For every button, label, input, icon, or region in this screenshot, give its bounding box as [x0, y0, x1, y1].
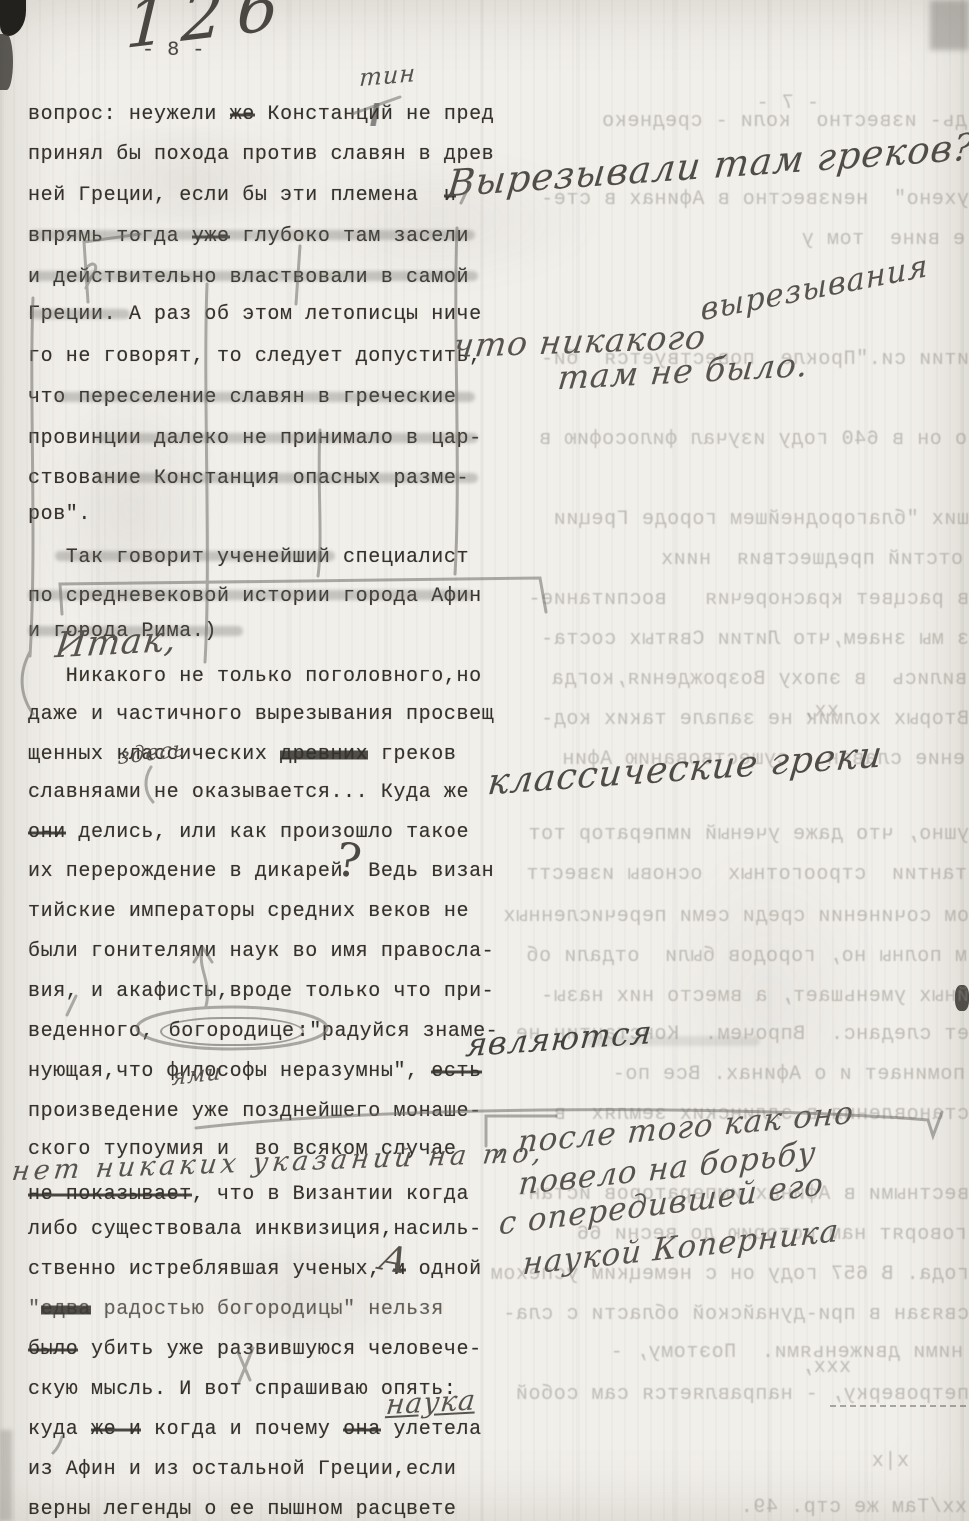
- bleedthrough-line: о он в 640 году изучал философию в: [539, 428, 967, 451]
- typed-text: принял бы похода против славян в древ: [28, 143, 494, 166]
- typed-text: ": [28, 1298, 41, 1321]
- circled-word: богородице: [160, 1017, 304, 1046]
- typed-line: принял бы похода против славян в древ: [28, 140, 494, 170]
- typed-text: ров".: [28, 503, 91, 526]
- bleedthrough-line: ххх,: [801, 1356, 851, 1379]
- scan-edge-mark: [955, 985, 969, 1011]
- typed-line: вия, и акафисты,вроде только что при-: [28, 977, 494, 1007]
- typed-text: тийские императоры средних веков не: [28, 900, 469, 923]
- bleedthrough-line: в расцвет красноречия воспитание-: [528, 588, 969, 611]
- bleedthrough-line: связан в при-дунайской области с сла-: [503, 1303, 969, 1326]
- bleedthrough-line: ними движеньями. Поэтому, -: [610, 1341, 963, 1364]
- typed-line: го не говорят, то следует допустить,: [28, 342, 482, 372]
- bleedthrough-line: хх/Там же стр. 49.: [740, 1496, 967, 1519]
- bleedthrough-line: хх,: [801, 700, 839, 723]
- scanned-typescript-page: - 7 - дь- известно коли - среднеко ухено…: [0, 0, 969, 1521]
- typed-line: произведение уже позднейшего монаше-: [28, 1097, 482, 1127]
- typed-text: не оказывается... Куда же: [154, 781, 469, 804]
- typed-line: "едва радостью богородицы" нельзя: [28, 1295, 444, 1325]
- pencil-strike: [55, 551, 335, 561]
- hand-correction-nauka: наука: [385, 1383, 478, 1421]
- bleedthrough-line: отстий предшествия ниих: [661, 548, 963, 571]
- hand-note-vyrezyvaniya: вырезывания: [700, 248, 929, 329]
- typed-text: были гонителями наук во имя правосла-: [28, 940, 494, 963]
- scan-edge-smudge: [930, 0, 969, 50]
- typed-text: делись, или как произошло такое: [66, 821, 469, 844]
- typed-line: щенных классических древних греков: [28, 740, 456, 770]
- typed-line: либо существовала инквизиция,насиль-: [28, 1215, 482, 1245]
- typed-line: из Афин и из остальной Греции,если: [28, 1455, 456, 1485]
- pencil-strike: [55, 392, 475, 402]
- typed-line: тийские императоры средних веков не: [28, 897, 469, 927]
- struck-word: было: [28, 1338, 78, 1361]
- typed-line: нующая,что философы неразумны", есть: [28, 1057, 482, 1087]
- pencil-strike: [30, 309, 130, 319]
- hand-note-grekov: Вырезывали там греков?: [445, 125, 969, 205]
- typed-line: ственно истреблявшая ученых, и одной: [28, 1255, 482, 1285]
- typed-text: верны легенды о ее пышном расцвете: [28, 1498, 456, 1521]
- typed-text: вия, и акафисты,вроде только что при-: [28, 980, 494, 1003]
- pencil-strike: [28, 590, 473, 600]
- typed-line: их перерождение в дикарей Ведь визан: [28, 857, 494, 887]
- bleedthrough-line: вились в эпоху Возрождения,когда: [551, 668, 967, 691]
- pencil-strike: [30, 271, 478, 281]
- typed-line: вопрос: неужели же Констанций не пред: [28, 100, 494, 130]
- bleedthrough-line: ших "благороднейшем городе Греции: [553, 508, 969, 531]
- struck-word: древних: [280, 743, 368, 766]
- typed-text: го не говорят, то следует допустить,: [28, 345, 482, 368]
- typed-text: ней Греции, если бы эти племена: [28, 184, 444, 207]
- bleedthrough-line: петроверку, - направляется сам собой: [515, 1383, 969, 1406]
- pencil-strike: [95, 433, 478, 443]
- bleedthrough-line: Вторых холмик не запале таких код-: [541, 708, 969, 731]
- typed-text: одной: [406, 1258, 482, 1281]
- typed-text: Никакого не только поголовного,но: [28, 665, 482, 688]
- typed-text: славняами: [28, 781, 154, 804]
- struck-word: она: [343, 1418, 381, 1441]
- typed-text: даже и частичного вырезывания просвещ: [28, 703, 494, 726]
- typed-text: из Афин и из остальной Греции,если: [28, 1458, 456, 1481]
- typed-text: радостью богородицы" нельзя: [91, 1298, 444, 1321]
- typed-line: веденного, богородице:"радуйся знаме-: [28, 1017, 498, 1047]
- pencil-strike: [30, 230, 475, 240]
- typed-line: было убить уже развившуюся человече-: [28, 1335, 482, 1365]
- typed-text: когда и почему: [141, 1418, 343, 1441]
- typed-text: Ведь визан: [343, 860, 494, 883]
- bleedthrough-line: з мы знаем,что Литии Святых соста-: [541, 628, 969, 651]
- typed-line: верны легенды о ее пышном расцвете: [28, 1495, 456, 1521]
- struck-word: они: [28, 821, 66, 844]
- typed-text: улетела: [381, 1418, 482, 1441]
- hand-note-itak: Итак,: [53, 620, 179, 667]
- scan-edge-shade: [0, 1430, 12, 1521]
- struck-word: не показывает: [28, 1183, 192, 1206]
- struck-word: же и: [91, 1418, 141, 1441]
- hand-correction-tin: тин: [359, 59, 417, 92]
- pencil-struck-word: ций: [356, 103, 394, 126]
- typed-line: Никакого не только поголовного,но: [28, 662, 482, 692]
- typed-line: славняами не оказывается... Куда же: [28, 778, 469, 808]
- typed-line: ров".: [28, 500, 91, 530]
- bleedthrough-line: х|х: [871, 1450, 909, 1473]
- scan-edge-mark: [0, 34, 13, 90]
- typed-text: куда: [28, 1418, 91, 1441]
- struck-word: же: [230, 103, 255, 126]
- typed-text: произведение уже позднейшего монаше-: [28, 1100, 482, 1123]
- typed-text: убить уже развившуюся человече-: [78, 1338, 481, 1361]
- hand-page-number: 126: [124, 0, 295, 64]
- typed-text: , что в Византии когда: [192, 1183, 469, 1206]
- bleedthrough-dashed-line: [830, 1405, 966, 1407]
- typed-text: нующая,что философы неразумны",: [28, 1060, 431, 1083]
- typed-text: веденного,: [28, 1020, 167, 1043]
- typed-text: их перерождение в дикарей: [28, 860, 343, 883]
- typed-line: даже и частичного вырезывания просвещ: [28, 700, 494, 730]
- bleedthrough-line: е вине том у: [801, 228, 965, 251]
- pencil-strike: [95, 473, 478, 483]
- typed-line: были гонителями наук во имя правосла-: [28, 937, 494, 967]
- typed-text: не пред: [394, 103, 495, 126]
- hand-note-klassicheskie: классические греки: [486, 734, 885, 803]
- typed-line: не показывает, что в Византии когда: [28, 1180, 469, 1210]
- typed-text: Констан: [255, 103, 356, 126]
- typed-line: они делись, или как произошло такое: [28, 818, 469, 848]
- scan-edge-mark: [0, 0, 26, 36]
- typed-text: вопрос: неужели: [28, 103, 230, 126]
- bleedthrough-page-number: - 7 -: [756, 92, 819, 115]
- typed-line: ней Греции, если бы эти племена и: [28, 181, 456, 211]
- struck-word: едва: [41, 1298, 91, 1321]
- typed-text: греков: [368, 743, 456, 766]
- typed-text: ственно истреблявшая ученых,: [28, 1258, 393, 1281]
- typed-text: либо существовала инквизиция,насиль-: [28, 1218, 482, 1241]
